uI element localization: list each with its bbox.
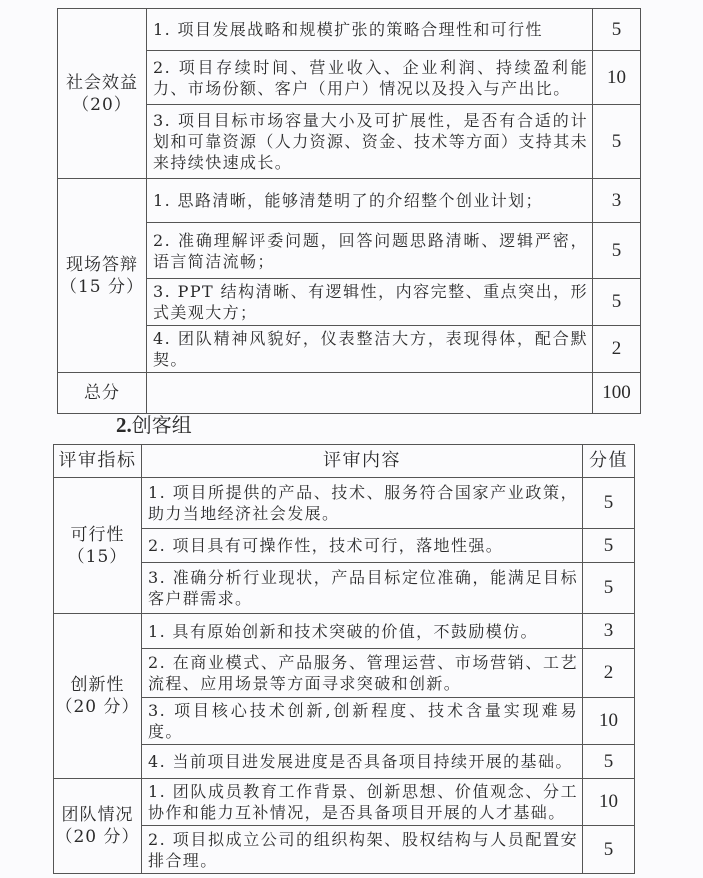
score-value: 5 [593,9,641,51]
table-row: 2. 项目拟成立公司的组织构架、股权结构与人员配置安排合理。 5 [54,826,635,874]
section-number: 2. [116,413,132,437]
section-title: 创客组 [132,413,192,437]
criteria-text: 2. 项目存续时间、营业收入、企业利润、持续盈利能力、市场份额、客户（用户）情况… [147,51,593,105]
criteria-text: 1. 项目所提供的产品、技术、服务符合国家产业政策，助力当地经济社会发展。 [142,478,583,529]
criteria-text: 1. 具有原始创新和技术突破的价值，不鼓励模仿。 [142,614,583,649]
section-heading: 2.创客组 [116,409,192,438]
criteria-text: 3. PPT 结构清晰、有逻辑性，内容完整、重点突出，形式美观大方； [147,279,593,326]
criteria-text: 2. 项目具有可操作性，技术可行，落地性强。 [142,529,583,563]
scoring-table-2: 评审指标 评审内容 分值 可行性 （15） 1. 项目所提供的产品、技术、服务符… [53,444,635,874]
criteria-text: 3. 项目目标市场容量大小及可扩展性，是否有合适的计划和可靠资源（人力资源、资金… [147,105,593,179]
table-row: 可行性 （15） 1. 项目所提供的产品、技术、服务符合国家产业政策，助力当地经… [54,478,635,529]
score-value: 10 [583,698,635,745]
total-label: 总分 [58,373,147,414]
criteria-text: 1. 项目发展战略和规模扩张的策略合理性和可行性 [147,9,593,51]
score-value: 2 [583,649,635,698]
category-cell: 可行性 （15） [54,478,142,614]
category-cell: 创新性 （20 分） [54,614,142,779]
category-label: 社会效益 [58,72,146,94]
score-value: 3 [583,614,635,649]
table-row: 社会效益 （20） 1. 项目发展战略和规模扩张的策略合理性和可行性 5 [58,9,641,51]
category-score: （15 分） [58,276,146,298]
score-value: 10 [593,51,641,105]
category-label: 可行性 [54,524,141,546]
table-row: 2. 在商业模式、产品服务、管理运营、市场营销、工艺流程、应用场景等方面寻求突破… [54,649,635,698]
header-score: 分值 [583,445,635,478]
table-row: 现场答辩 （15 分） 1. 思路清晰，能够清楚明了的介绍整个创业计划； 3 [58,179,641,223]
criteria-text: 4. 当前项目进发展进度是否具备项目持续开展的基础。 [142,745,583,779]
score-value: 5 [583,563,635,614]
category-score: （20） [58,94,146,116]
criteria-text: 3. 准确分析行业现状，产品目标定位准确，能满足目标客户群需求。 [142,563,583,614]
score-value: 2 [593,326,641,373]
criteria-text: 4. 团队精神风貌好，仪表整洁大方，表现得体，配合默契。 [147,326,593,373]
score-value: 5 [593,279,641,326]
category-label: 团队情况 [54,804,141,826]
category-label: 现场答辩 [58,254,146,276]
score-value: 5 [583,745,635,779]
total-row: 总分 100 [58,373,641,414]
criteria-text: 1. 团队成员教育工作背景、创新思想、价值观念、分工协作和能力互补情况，是否具备… [142,779,583,826]
category-cell: 社会效益 （20） [58,9,147,179]
table-row: 团队情况 （20 分） 1. 团队成员教育工作背景、创新思想、价值观念、分工协作… [54,779,635,826]
header-content: 评审内容 [142,445,583,478]
category-score: （20 分） [54,696,141,718]
header-row: 评审指标 评审内容 分值 [54,445,635,478]
category-cell: 现场答辩 （15 分） [58,179,147,373]
score-value: 5 [593,223,641,279]
total-empty-cell [147,373,593,414]
table-row: 3. 项目核心技术创新,创新程度、技术含量实现难易度。 10 [54,698,635,745]
header-indicator: 评审指标 [54,445,142,478]
score-value: 3 [593,179,641,223]
table-row: 创新性 （20 分） 1. 具有原始创新和技术突破的价值，不鼓励模仿。 3 [54,614,635,649]
score-value: 5 [593,105,641,179]
category-label: 创新性 [54,674,141,696]
total-value: 100 [593,373,641,414]
criteria-text: 1. 思路清晰，能够清楚明了的介绍整个创业计划； [147,179,593,223]
category-cell: 团队情况 （20 分） [54,779,142,874]
criteria-text: 2. 在商业模式、产品服务、管理运营、市场营销、工艺流程、应用场景等方面寻求突破… [142,649,583,698]
criteria-text: 2. 准确理解评委问题，回答问题思路清晰、逻辑严密，语言简洁流畅； [147,223,593,279]
score-value: 10 [583,779,635,826]
score-value: 5 [583,478,635,529]
criteria-text: 3. 项目核心技术创新,创新程度、技术含量实现难易度。 [142,698,583,745]
criteria-text: 2. 项目拟成立公司的组织构架、股权结构与人员配置安排合理。 [142,826,583,874]
table-row: 3. 准确分析行业现状，产品目标定位准确，能满足目标客户群需求。 5 [54,563,635,614]
table-row: 4. 当前项目进发展进度是否具备项目持续开展的基础。 5 [54,745,635,779]
score-value: 5 [583,529,635,563]
category-score: （15） [54,546,141,568]
table-row: 2. 项目具有可操作性，技术可行，落地性强。 5 [54,529,635,563]
scoring-table-1: 社会效益 （20） 1. 项目发展战略和规模扩张的策略合理性和可行性 5 2. … [57,8,641,414]
score-value: 5 [583,826,635,874]
category-score: （20 分） [54,826,141,848]
